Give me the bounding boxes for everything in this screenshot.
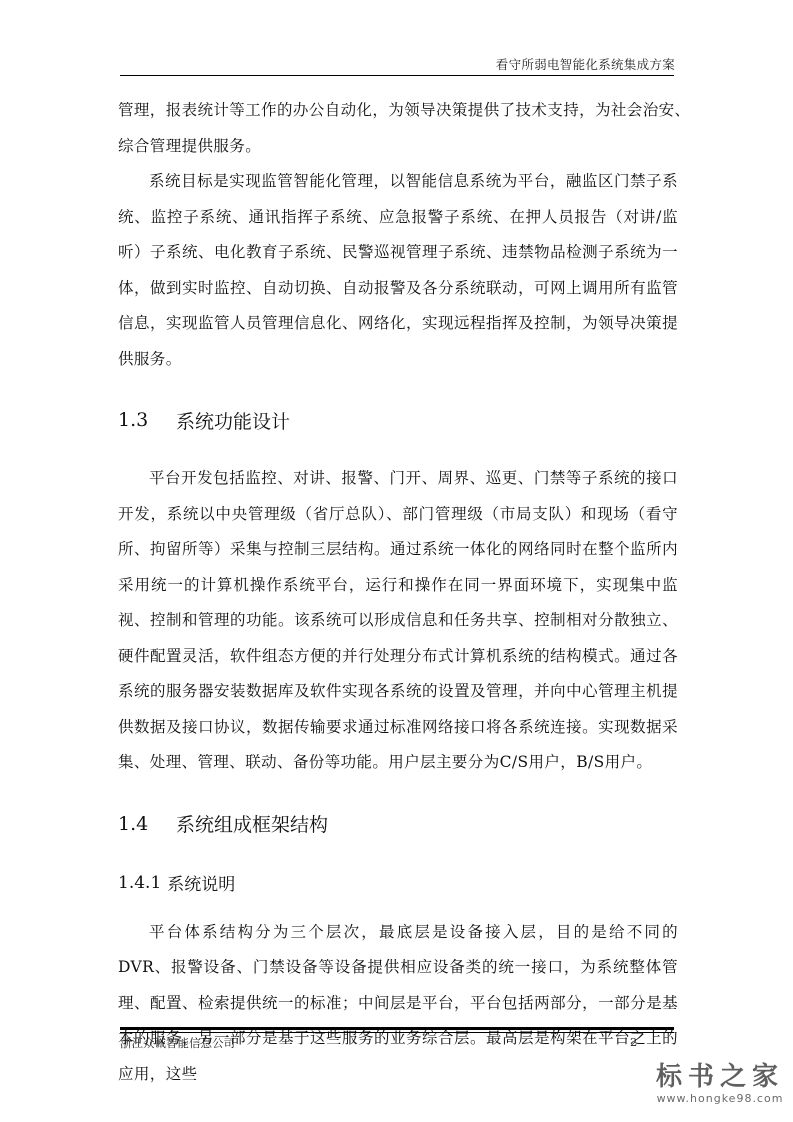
page-number: 2 <box>630 1035 637 1049</box>
section-title: 系统功能设计 <box>176 407 290 434</box>
section-title: 系统组成框架结构 <box>176 810 328 837</box>
watermark-logo: 标书之家 www.hongke98.com <box>650 1062 790 1106</box>
paragraph-continued-line-1: 管理，报表统计等工作的办公自动化，为领导决策提供了技术支持，为社会治安、 <box>118 93 678 129</box>
header-divider <box>120 75 674 76</box>
footer-divider-thin <box>120 1032 674 1033</box>
paragraph-function-design: 平台开发包括监控、对讲、报警、门开、周界、巡更、门禁等子系统的接口开发，系统以中… <box>118 461 678 781</box>
watermark-title: 标书之家 <box>650 1062 790 1092</box>
paragraph-system-goal: 系统目标是实现监管智能化管理，以智能信息系统为平台，融监区门禁子系统、监控子系统… <box>118 164 678 377</box>
subsection-heading-1-4-1: 1.4.1 系统说明 <box>118 863 678 903</box>
section-number: 1.4 <box>118 813 176 835</box>
watermark-url: www.hongke98.com <box>650 1092 790 1106</box>
document-header-title: 看守所弱电智能化系统集成方案 <box>496 55 675 73</box>
subsection-title: 系统说明 <box>167 870 235 895</box>
footer-divider-thick <box>120 1027 674 1030</box>
section-number: 1.3 <box>118 409 176 431</box>
document-body: 管理，报表统计等工作的办公自动化，为领导决策提供了技术支持，为社会治安、 综合管… <box>118 93 678 1092</box>
subsection-number: 1.4.1 <box>118 873 161 893</box>
section-heading-1-4: 1.4 系统组成框架结构 <box>118 799 678 849</box>
section-heading-1-3: 1.3 系统功能设计 <box>118 395 678 445</box>
footer-company-name: 浙江众诚智能信息公司 <box>120 1035 235 1051</box>
paragraph-continued-line-2: 综合管理提供服务。 <box>118 129 678 165</box>
paragraph-system-description: 平台体系结构分为三个层次，最底层是设备接入层，目的是给不同的DVR、报警设备、门… <box>118 915 678 1093</box>
